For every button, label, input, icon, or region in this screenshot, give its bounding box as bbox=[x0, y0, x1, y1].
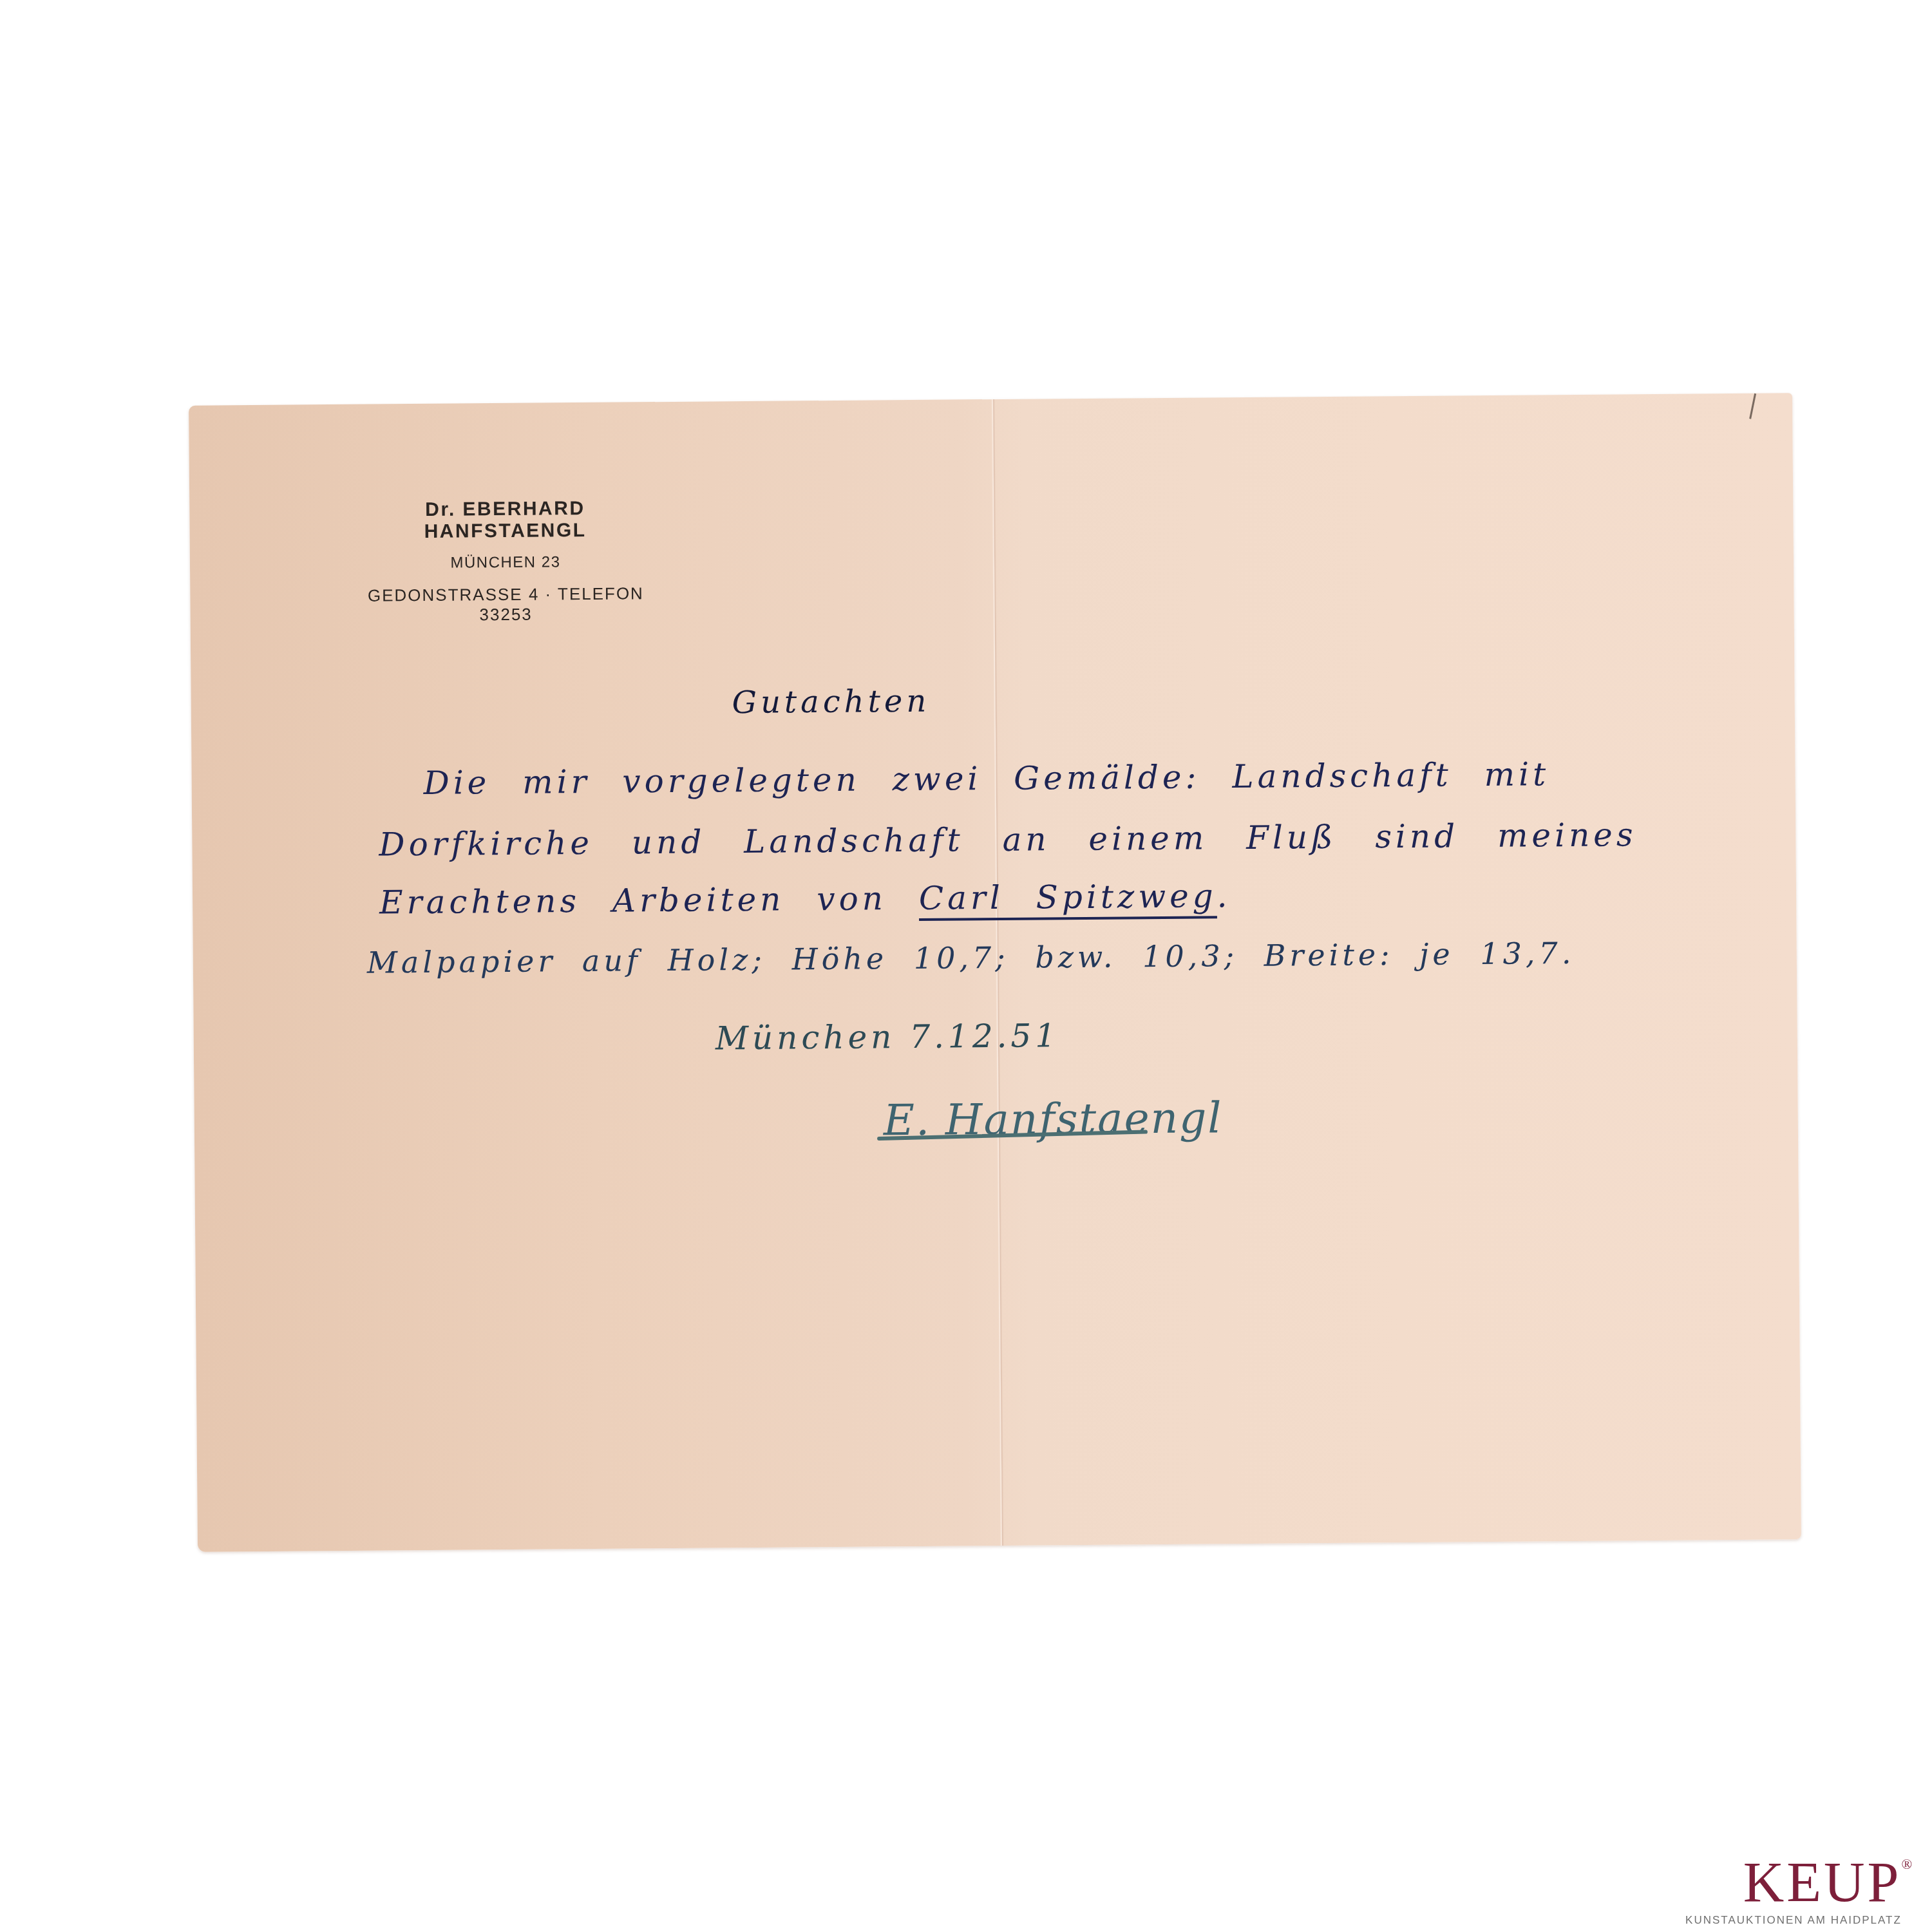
logo-wordmark: KEUP® bbox=[1726, 1855, 1932, 1911]
logo-text: KEUP bbox=[1743, 1851, 1902, 1914]
handwritten-line-1: Die mir vorgelegten zwei Gemälde: Landsc… bbox=[423, 755, 1549, 802]
line-3-prefix: Erachtens Arbeiten von bbox=[379, 880, 919, 922]
keup-logo: KEUP® KUNSTAUKTIONEN AM HAIDPLATZ bbox=[1726, 1855, 1932, 1927]
pencil-mark bbox=[1749, 393, 1756, 419]
letter-sheet: Dr. EBERHARD HANFSTAENGL MÜNCHEN 23 GEDO… bbox=[189, 393, 1801, 1552]
handwritten-dimensions: Malpapier auf Holz; Höhe 10,7; bzw. 10,3… bbox=[367, 936, 1575, 980]
logo-tagline: KUNSTAUKTIONEN AM HAIDPLATZ bbox=[1655, 1914, 1932, 1927]
letterhead-city: MÜNCHEN 23 bbox=[345, 553, 667, 573]
line-3-suffix: . bbox=[1217, 877, 1231, 914]
handwritten-line-3: Erachtens Arbeiten von Carl Spitzweg. bbox=[379, 877, 1231, 921]
handwritten-line-2: Dorfkirche und Landschaft an einem Fluß … bbox=[379, 816, 1637, 863]
certificate-title: Gutachten bbox=[732, 683, 930, 721]
letterhead-name: Dr. EBERHARD HANFSTAENGL bbox=[344, 497, 667, 544]
place-date: München 7.12.51 bbox=[715, 1017, 1060, 1057]
artist-name: Carl Spitzweg bbox=[919, 877, 1217, 917]
registered-mark-icon: ® bbox=[1902, 1856, 1915, 1872]
letterhead-address: GEDONSTRASSE 4 · TELEFON 33253 bbox=[345, 583, 667, 626]
letterhead: Dr. EBERHARD HANFSTAENGL MÜNCHEN 23 GEDO… bbox=[344, 497, 667, 626]
